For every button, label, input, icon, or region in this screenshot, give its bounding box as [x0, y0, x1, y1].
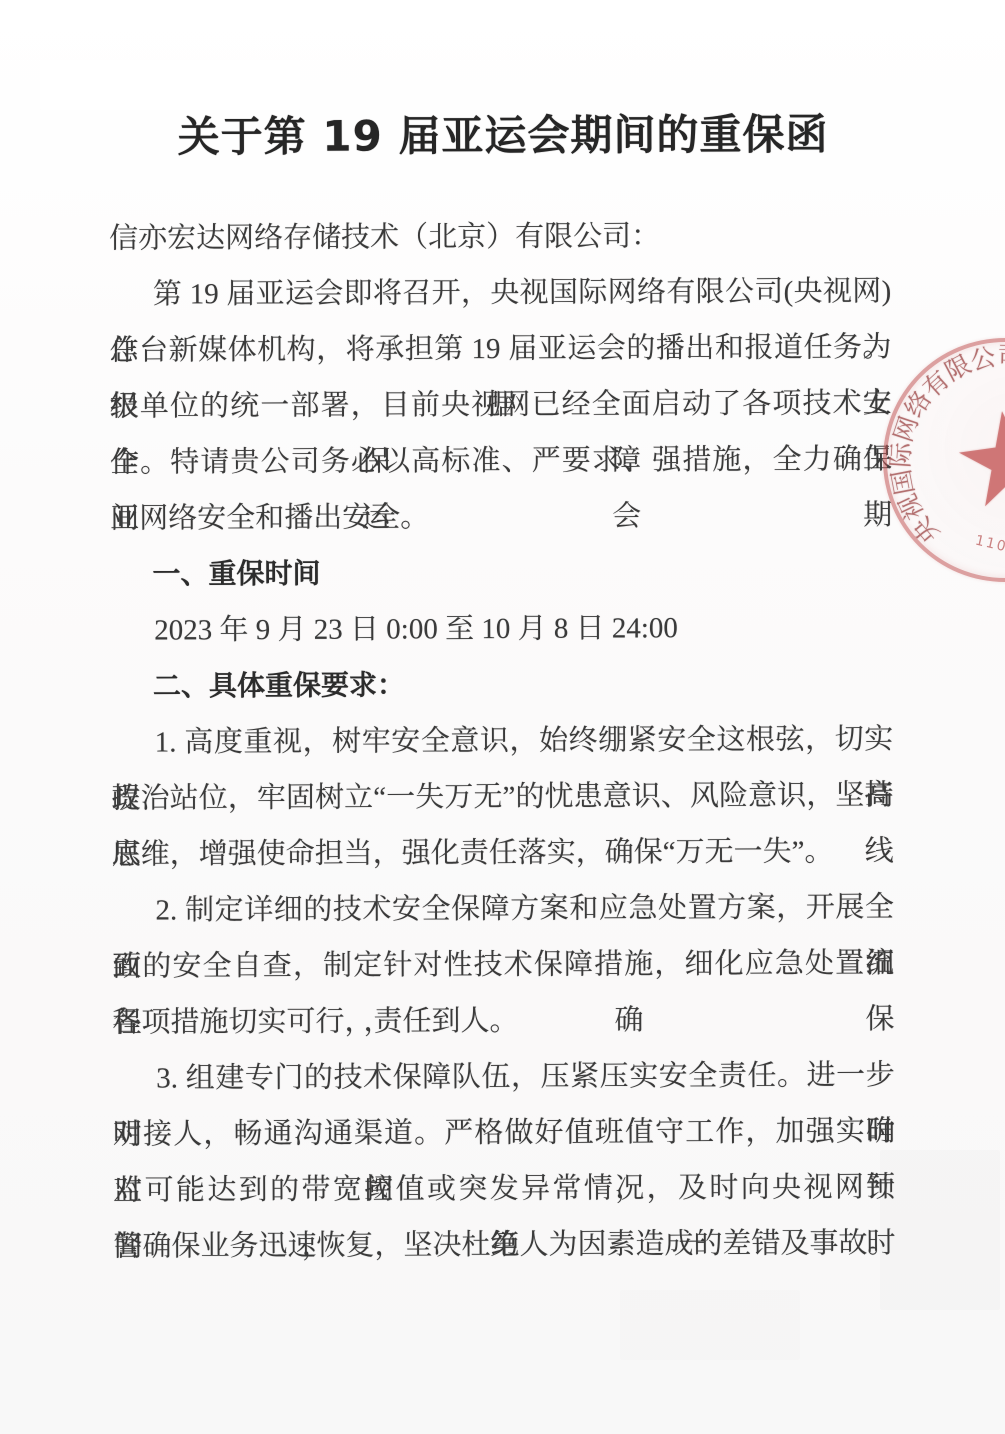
item-1-line: 思维，增强使命担当，强化责任落实，确保“万无一失”。 — [112, 823, 894, 882]
document-body: 信亦宏达网络存储技术（北京）有限公司： 第 19 届亚运会即将召开，央视国际网络… — [109, 207, 896, 1274]
seal-character: 司 — [997, 343, 1005, 369]
guarantee-period: 2023 年 9 月 23 日 0:00 至 10 月 8 日 24:00 — [111, 599, 893, 658]
item-2-line: 致的安全自查，制定针对性技术保障措施，细化应急处置流程，确保 — [112, 935, 894, 994]
item-1-line: 1. 高度重视，树牢安全意识，始终绷紧安全这根弦，切实提高 — [111, 711, 893, 770]
item-3-line: 间确保业务迅速恢复，坚决杜绝人为因素造成的差错及事故。 — [113, 1215, 895, 1274]
section-2-heading: 二、具体重保要求： — [111, 655, 893, 714]
recipient-line: 信亦宏达网络存储技术（北京）有限公司： — [109, 207, 891, 266]
letter-page: 关于第 19 届亚运会期间的重保函 信亦宏达网络存储技术（北京）有限公司： 第 … — [0, 0, 1005, 1434]
seal-character: 公 — [968, 344, 998, 374]
seal-character: 际 — [888, 442, 915, 469]
item-3-line: 3. 组建专门的技术保障队伍，压紧压实安全责任。进一步明确 — [113, 1047, 895, 1106]
section-1-heading: 一、重保时间 — [110, 543, 892, 602]
company-seal: ★ 110 央视国际网络有限公司 — [883, 338, 1005, 582]
scan-artifact — [880, 1150, 1000, 1310]
item-3-line: 对接人，畅通沟通渠道。严格做好值班值守工作，加强实时监控，针 — [113, 1103, 895, 1162]
item-3-line: 对可能达到的带宽阈值或突发异常情况，及时向央视网预警，第一时 — [113, 1159, 895, 1218]
scan-artifact — [40, 60, 300, 110]
seal-star-icon: ★ — [944, 391, 1005, 531]
item-2-line: 2. 制定详细的技术安全保障方案和应急处置方案，开展全面细 — [112, 879, 894, 938]
intro-line: 级单位的统一部署，目前央视网已经全面启动了各项技术安全保障工 — [110, 375, 892, 434]
seal-character: 国 — [888, 467, 917, 496]
scan-artifact — [620, 1290, 800, 1360]
intro-line: 第 19 届亚运会即将召开，央视国际网络有限公司(央视网)作为 — [109, 263, 891, 322]
seal-serial-number: 110 — [974, 533, 1005, 556]
item-1-line: 政治站位，牢固树立“一失万无”的忧患意识、风险意识，坚持底线 — [111, 767, 893, 826]
intro-line: 作。特请贵公司务必以高标准、严要求、强措施，全力确保亚运会期 — [110, 431, 892, 490]
intro-line: 总台新媒体机构，将承担第 19 届亚运会的播出和报道任务。根据上 — [109, 319, 891, 378]
document-title: 关于第 19 届亚运会期间的重保函 — [0, 101, 1005, 165]
document-content: 关于第 19 届亚运会期间的重保函 信亦宏达网络存储技术（北京）有限公司： 第 … — [0, 0, 1005, 2]
